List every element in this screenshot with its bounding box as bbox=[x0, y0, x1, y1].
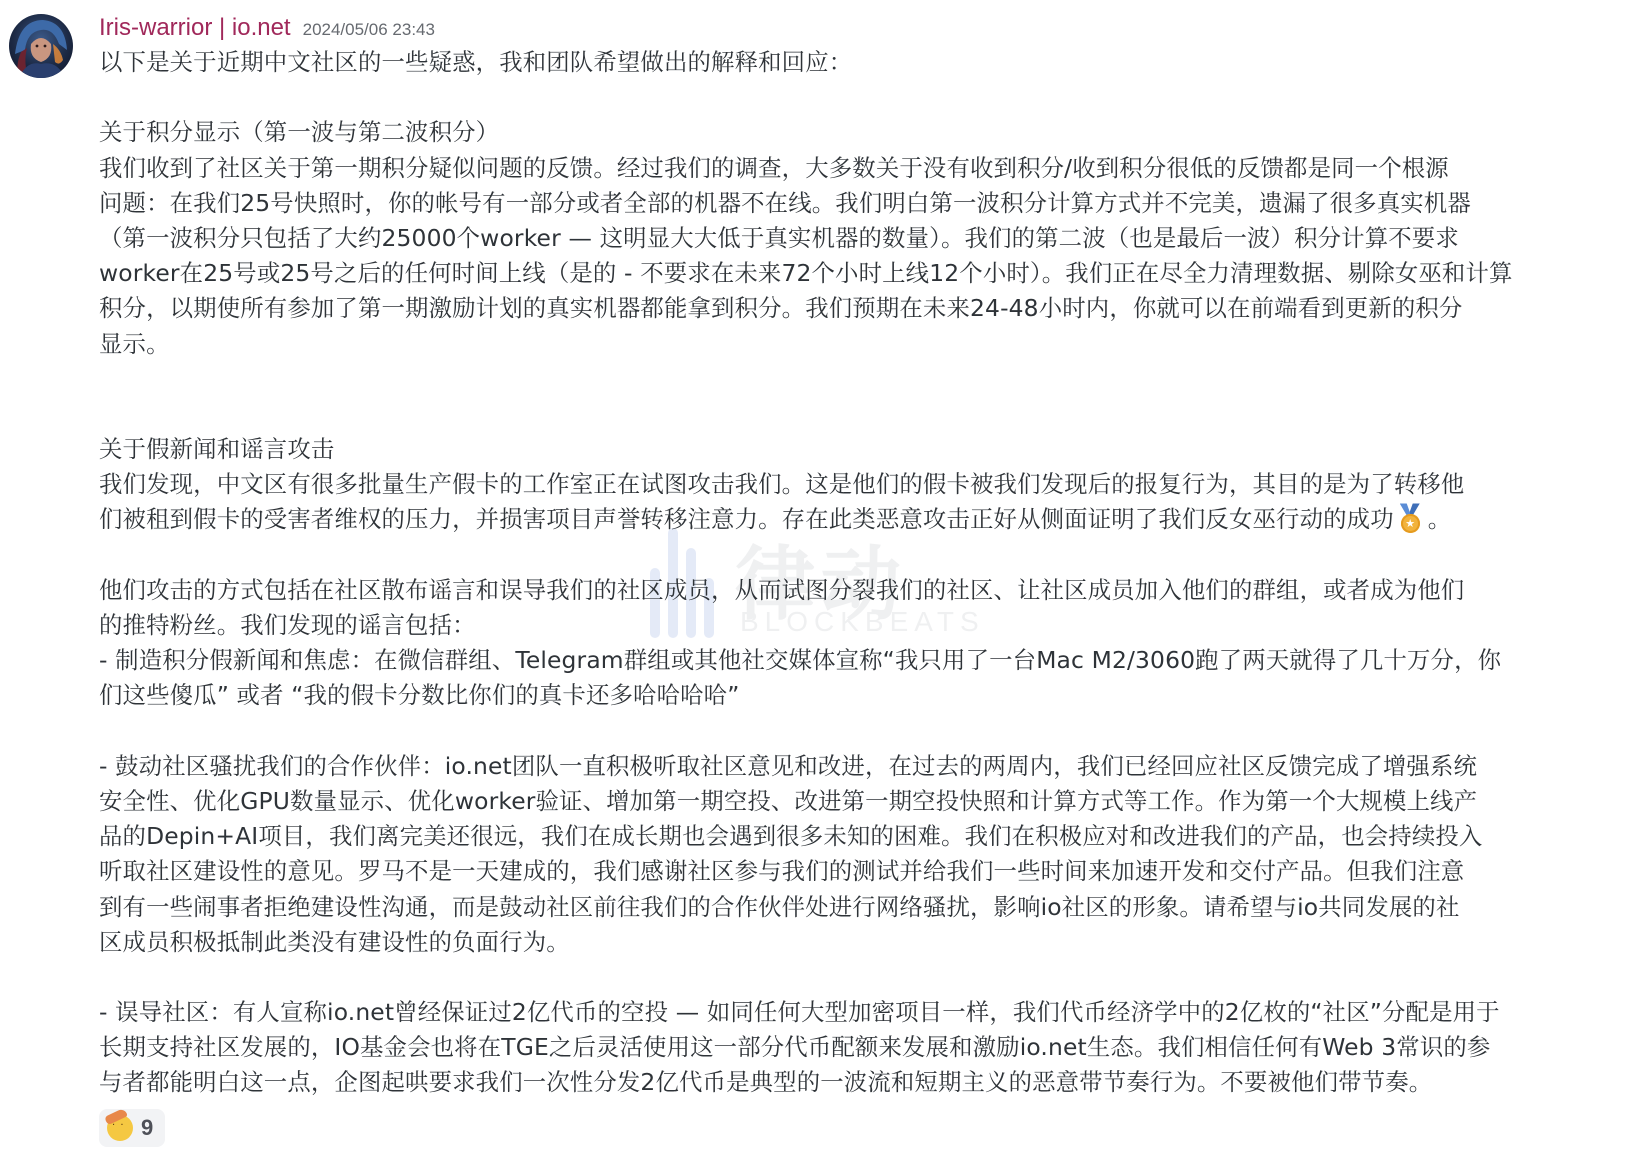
message-line: 的推特粉丝。我们发现的谣言包括： bbox=[99, 608, 1599, 643]
message-line-text: 听取社区建设性的意见。罗马不是一天建成的，我们感谢社区参与我们的测试并给我们一些… bbox=[99, 857, 1464, 885]
message-line-text: - 误导社区：有人宣称io.net曾经保证过2亿代币的空投 — 如同任何大型加密… bbox=[99, 998, 1500, 1026]
message-line: 积分，以期使所有参加了第一期激励计划的真实机器都能拿到积分。我们预期在未来24-… bbox=[99, 291, 1599, 326]
message-line-text: worker在25号或25号之后的任何时间上线（是的 - 不要求在未来72个小时… bbox=[99, 259, 1513, 287]
message-line-text: 我们发现，中文区有很多批量生产假卡的工作室正在试图攻击我们。这是他们的假卡被我们… bbox=[99, 470, 1464, 498]
blank-line bbox=[99, 960, 1599, 995]
message-line-text: 问题：在我们25号快照时，你的帐号有一部分或者全部的机器不在线。我们明白第一波积… bbox=[99, 189, 1471, 217]
message-line-text: 到有一些闹事者拒绝建设性沟通，而是鼓动社区前往我们的合作伙伴处进行网络骚扰，影响… bbox=[99, 893, 1460, 921]
message-line-text: 们这些傻瓜” 或者 “我的假卡分数比你们的真卡还多哈哈哈哈” bbox=[99, 681, 740, 709]
message-line: 他们攻击的方式包括在社区散布谣言和误导我们的社区成员，从而试图分裂我们的社区、让… bbox=[99, 573, 1599, 608]
blank-line bbox=[99, 80, 1599, 115]
message-line-text: 区成员积极抵制此类没有建设性的负面行为。 bbox=[99, 928, 570, 956]
message-body: 以下是关于近期中文社区的一些疑惑，我和团队希望做出的解释和回应：关于积分显示（第… bbox=[99, 45, 1599, 1101]
message-line: 听取社区建设性的意见。罗马不是一天建成的，我们感谢社区参与我们的测试并给我们一些… bbox=[99, 854, 1599, 889]
message-line-text: 与者都能明白这一点，企图起哄要求我们一次性分发2亿代币是典型的一波流和短期主义的… bbox=[99, 1068, 1432, 1096]
message-timestamp: 2024/05/06 23:43 bbox=[303, 20, 435, 40]
message-line: 们被租到假卡的受害者维权的压力，并损害项目声誉转移注意力。存在此类恶意攻击正好从… bbox=[99, 502, 1599, 537]
message-line-text: （第一波积分只包括了大约25000个worker — 这明显大大低于真实机器的数… bbox=[99, 224, 1459, 252]
message-line: 区成员积极抵制此类没有建设性的负面行为。 bbox=[99, 925, 1599, 960]
message-line: 关于积分显示（第一波与第二波积分） bbox=[99, 115, 1599, 150]
message-line: worker在25号或25号之后的任何时间上线（是的 - 不要求在未来72个小时… bbox=[99, 256, 1599, 291]
message-line-text: 的推特粉丝。我们发现的谣言包括： bbox=[99, 611, 476, 639]
message-line-text: 品的Depin+AI项目，我们离完美还很远，我们在成长期也会遇到很多未知的困难。… bbox=[99, 822, 1482, 850]
message-line: 问题：在我们25号快照时，你的帐号有一部分或者全部的机器不在线。我们明白第一波积… bbox=[99, 186, 1599, 221]
message-line: 以下是关于近期中文社区的一些疑惑，我和团队希望做出的解释和回应： bbox=[99, 45, 1599, 80]
avatar-hooded-warrior-icon bbox=[9, 14, 73, 78]
saluting-face-icon bbox=[107, 1115, 133, 1141]
reaction-count: 9 bbox=[141, 1115, 153, 1141]
message-line-text: 关于积分显示（第一波与第二波积分） bbox=[99, 118, 499, 146]
message-line-text: 显示。 bbox=[99, 330, 170, 358]
message-line: 们这些傻瓜” 或者 “我的假卡分数比你们的真卡还多哈哈哈哈” bbox=[99, 678, 1599, 713]
message-line: - 误导社区：有人宣称io.net曾经保证过2亿代币的空投 — 如同任何大型加密… bbox=[99, 995, 1599, 1030]
message-line: 与者都能明白这一点，企图起哄要求我们一次性分发2亿代币是典型的一波流和短期主义的… bbox=[99, 1065, 1599, 1100]
message-line-text: 安全性、优化GPU数量显示、优化worker验证、增加第一期空投、改进第一期空投… bbox=[99, 787, 1477, 815]
message-line-text: 他们攻击的方式包括在社区散布谣言和误导我们的社区成员，从而试图分裂我们的社区、让… bbox=[99, 576, 1464, 604]
message-line: 我们收到了社区关于第一期积分疑似问题的反馈。经过我们的调查，大多数关于没有收到积… bbox=[99, 151, 1599, 186]
message-line-text: - 制造积分假新闻和焦虑：在微信群组、Telegram群组或其他社交媒体宣称“我… bbox=[99, 646, 1501, 674]
message-line-text: 们被租到假卡的受害者维权的压力，并损害项目声誉转移注意力。存在此类恶意攻击正好从… bbox=[99, 505, 1394, 533]
reaction-button[interactable]: 9 bbox=[99, 1109, 165, 1147]
message-line-text: - 鼓动社区骚扰我们的合作伙伴：io.net团队一直积极听取社区意见和改进，在过… bbox=[99, 752, 1477, 780]
author-name[interactable]: Iris-warrior | io.net bbox=[99, 14, 291, 42]
message-line: 长期支持社区发展的，IO基金会也将在TGE之后灵活使用这一部分代币配额来发展和激… bbox=[99, 1030, 1599, 1065]
message-line-text: 长期支持社区发展的，IO基金会也将在TGE之后灵活使用这一部分代币配额来发展和激… bbox=[99, 1033, 1490, 1061]
message-line-text: 积分，以期使所有参加了第一期激励计划的真实机器都能拿到积分。我们预期在未来24-… bbox=[99, 294, 1462, 322]
message-header: Iris-warrior | io.net 2024/05/06 23:43 bbox=[99, 14, 435, 46]
avatar[interactable] bbox=[9, 14, 73, 78]
message-line: 我们发现，中文区有很多批量生产假卡的工作室正在试图攻击我们。这是他们的假卡被我们… bbox=[99, 467, 1599, 502]
message-line-text: 关于假新闻和谣言攻击 bbox=[99, 435, 334, 463]
message-line: - 鼓动社区骚扰我们的合作伙伴：io.net团队一直积极听取社区意见和改进，在过… bbox=[99, 749, 1599, 784]
message-line: 显示。 bbox=[99, 327, 1599, 362]
message-line-text: 以下是关于近期中文社区的一些疑惑，我和团队希望做出的解释和回应： bbox=[99, 48, 852, 76]
message-line: 安全性、优化GPU数量显示、优化worker验证、增加第一期空投、改进第一期空投… bbox=[99, 784, 1599, 819]
message-line: 关于假新闻和谣言攻击 bbox=[99, 432, 1599, 467]
message-line: 品的Depin+AI项目，我们离完美还很远，我们在成长期也会遇到很多未知的困难。… bbox=[99, 819, 1599, 854]
message-line-suffix: 。 bbox=[1428, 505, 1452, 533]
medal-icon: ★ bbox=[1396, 503, 1424, 533]
message-line-text: 我们收到了社区关于第一期积分疑似问题的反馈。经过我们的调查，大多数关于没有收到积… bbox=[99, 154, 1449, 182]
blank-line bbox=[99, 397, 1599, 432]
blank-line bbox=[99, 362, 1599, 397]
message-line: （第一波积分只包括了大约25000个worker — 这明显大大低于真实机器的数… bbox=[99, 221, 1599, 256]
blank-line bbox=[99, 538, 1599, 573]
blank-line bbox=[99, 714, 1599, 749]
message-line: 到有一些闹事者拒绝建设性沟通，而是鼓动社区前往我们的合作伙伴处进行网络骚扰，影响… bbox=[99, 890, 1599, 925]
message-line: - 制造积分假新闻和焦虑：在微信群组、Telegram群组或其他社交媒体宣称“我… bbox=[99, 643, 1599, 678]
